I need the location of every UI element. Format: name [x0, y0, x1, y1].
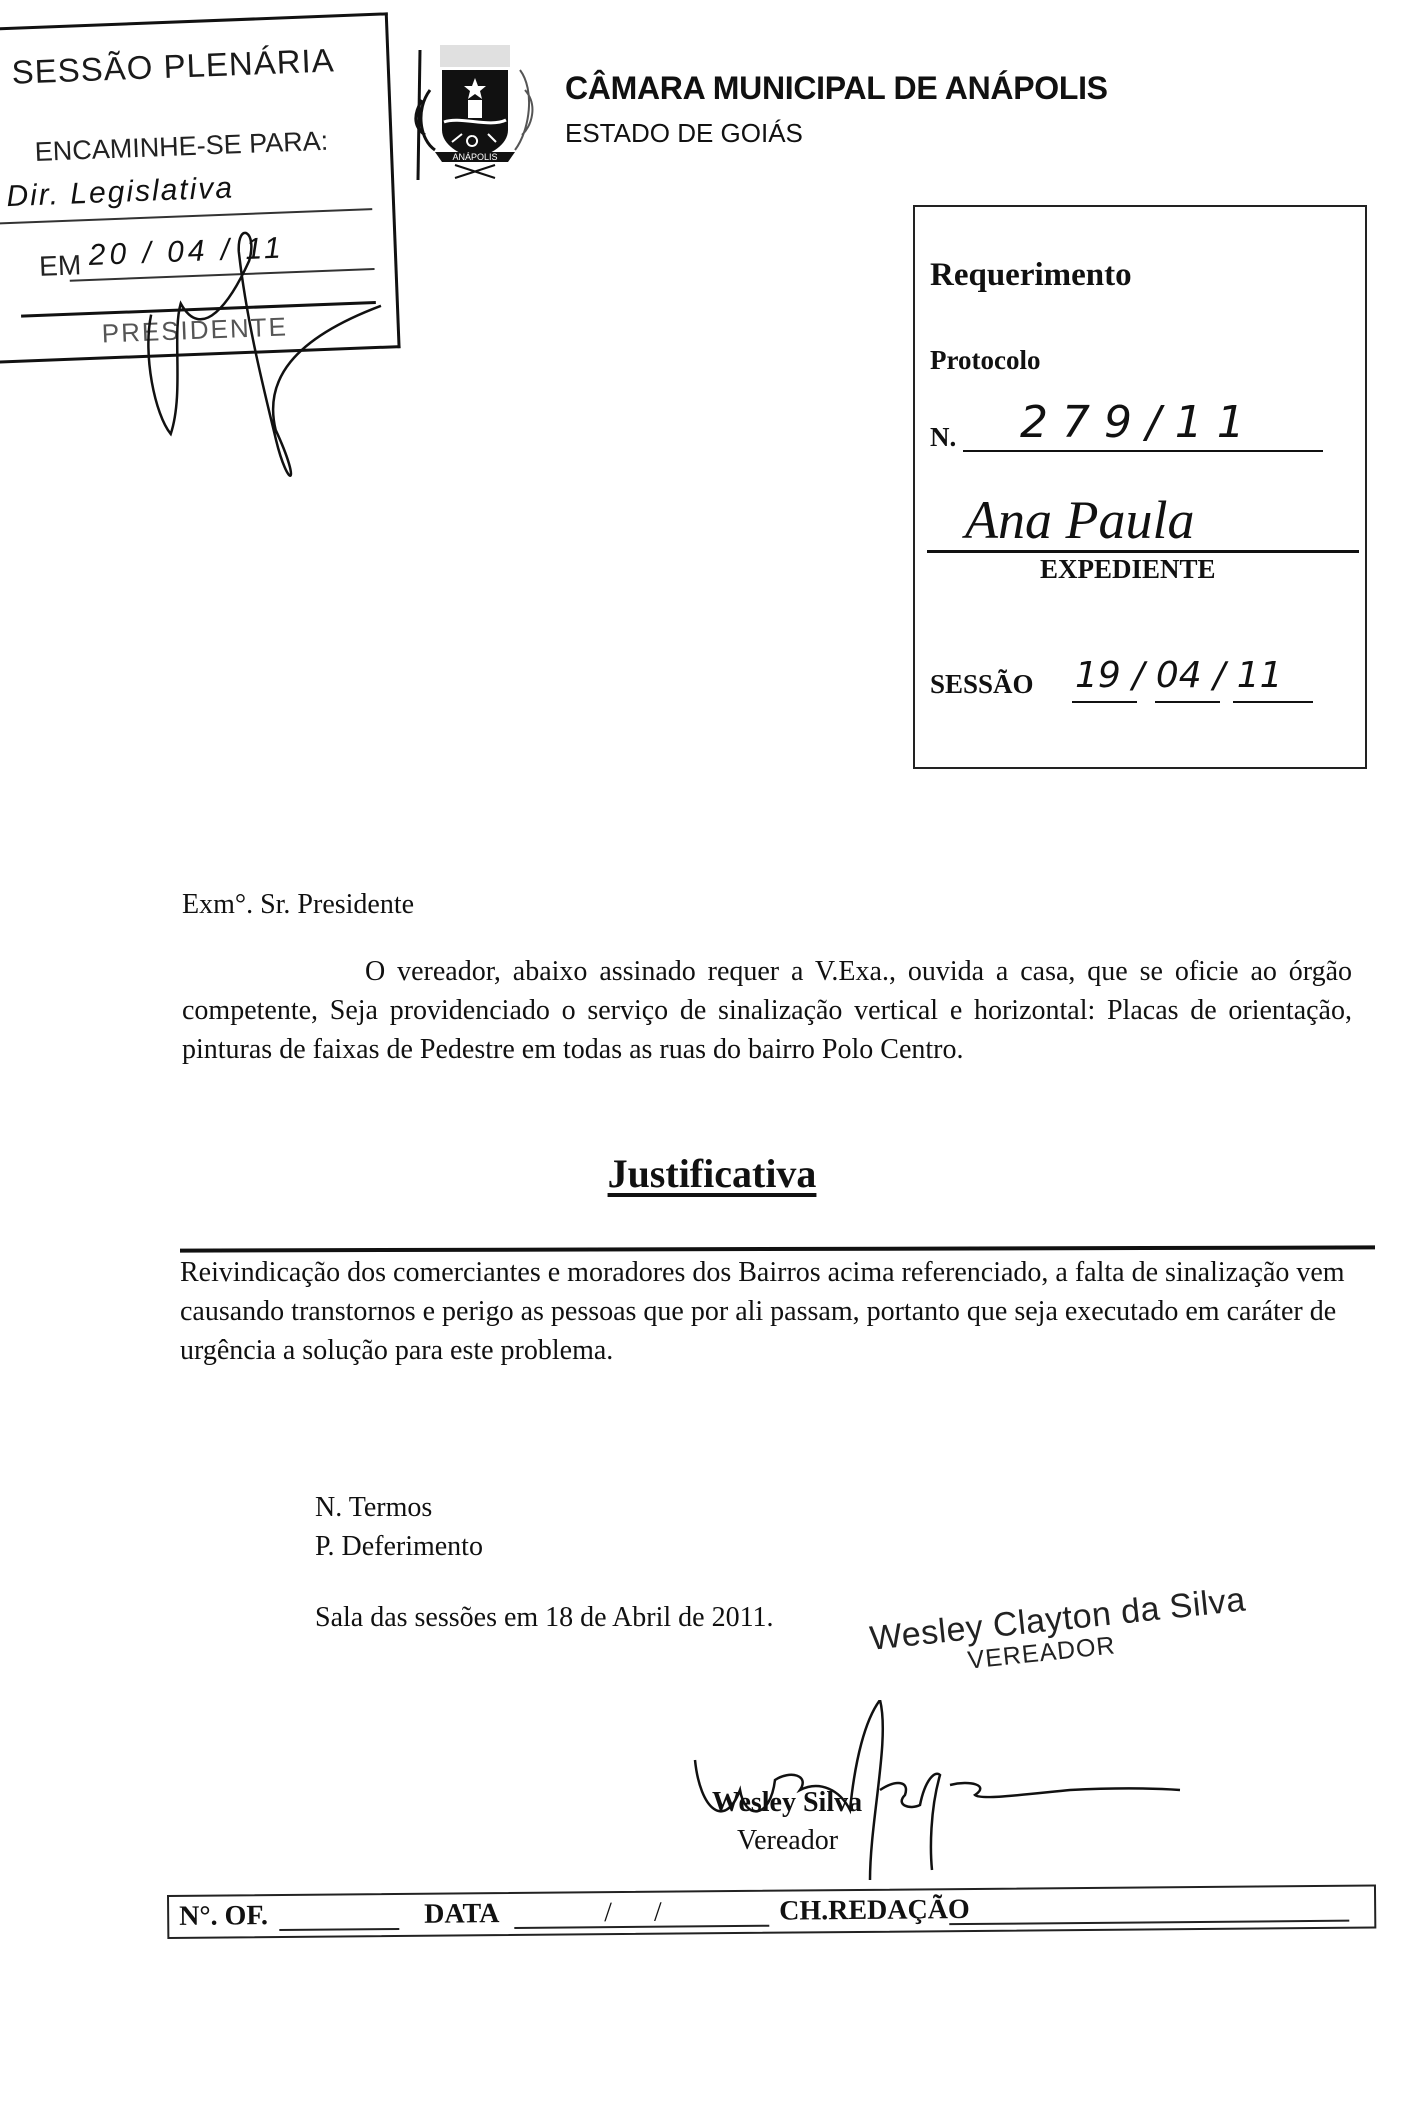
- session-year: 11: [1237, 655, 1283, 696]
- stamp-forward-label: ENCAMINHE-SE PARA:: [34, 126, 329, 168]
- protocol-box: Requerimento Protocolo N. 279/11 Ana Pau…: [913, 205, 1367, 769]
- protocol-number-label: N.: [930, 422, 956, 453]
- signer-name: Wesley Silva: [712, 1787, 862, 1819]
- justification-paragraph: Reivindicação dos comerciantes e morador…: [180, 1253, 1380, 1370]
- footer-date-slashes: / /: [604, 1897, 662, 1930]
- drafting-line: [949, 1920, 1349, 1925]
- protocol-label: Protocolo: [930, 345, 1040, 376]
- signer-role: Vereador: [737, 1825, 838, 1857]
- footer-date-label: DATA: [424, 1898, 499, 1931]
- session-label: SESSÃO: [930, 669, 1034, 700]
- councilor-name-stamp: Wesley Clayton da Silva VEREADOR: [868, 1581, 1250, 1686]
- session-date: 19 / 04 / 11: [1075, 655, 1283, 696]
- department-label: EXPEDIENTE: [1040, 554, 1216, 585]
- plenary-session-stamp: SESSÃO PLENÁRIA ENCAMINHE-SE PARA: Dir. …: [0, 12, 401, 363]
- president-signature-icon: [117, 188, 327, 455]
- drafting-label: CH.REDAÇÃO: [779, 1894, 970, 1928]
- clerk-signature-line: [927, 550, 1359, 553]
- protocol-heading: Requerimento: [930, 257, 1132, 294]
- stamp-date-label: EM: [39, 249, 82, 283]
- session-month: 04: [1156, 655, 1202, 696]
- protocol-number-value: 279/11: [1020, 397, 1259, 448]
- request-paragraph: O vereador, abaixo assinado requer a V.E…: [182, 952, 1352, 1069]
- protocol-number-line: [963, 450, 1323, 452]
- institution-subtitle: ESTADO DE GOIÁS: [565, 118, 803, 149]
- salutation: Exm°. Sr. Presidente: [182, 885, 414, 924]
- session-year-line: [1233, 701, 1313, 703]
- institution-title: CÂMARA MUNICIPAL DE ANÁPOLIS: [565, 70, 1108, 107]
- closing-deferment: P. Deferimento: [315, 1527, 483, 1566]
- session-day: 19: [1075, 655, 1121, 696]
- clerk-signature: Ana Paula: [965, 489, 1194, 551]
- office-number-label: N°. OF.: [179, 1900, 268, 1933]
- coat-of-arms-icon: ANÁPOLIS: [410, 30, 540, 180]
- stamp-title: SESSÃO PLENÁRIA: [11, 41, 335, 91]
- session-day-line: [1072, 701, 1137, 703]
- closing-terms: N. Termos: [315, 1488, 432, 1527]
- place-and-date: Sala das sessões em 18 de Abril de 2011.: [315, 1598, 774, 1637]
- justification-heading: Justificativa: [0, 1150, 1424, 1197]
- office-number-line: [279, 1928, 399, 1931]
- svg-text:ANÁPOLIS: ANÁPOLIS: [452, 152, 497, 162]
- justification-rule: [180, 1245, 1375, 1252]
- session-month-line: [1155, 701, 1220, 703]
- office-routing-strip: N°. OF. DATA / / CH.REDAÇÃO: [167, 1884, 1376, 1939]
